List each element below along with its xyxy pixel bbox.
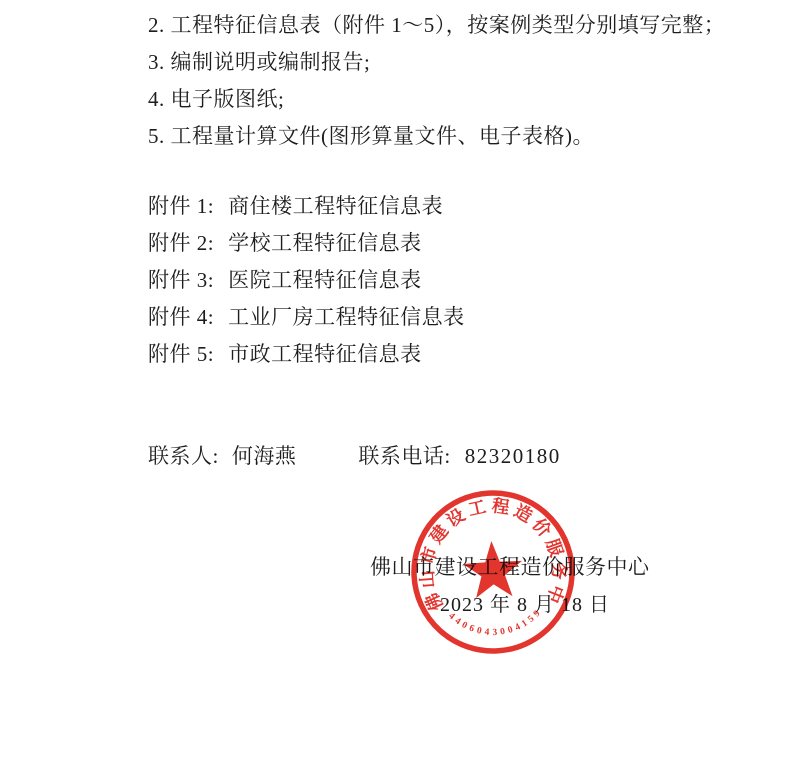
attachment-item: 附件 5:市政工程特征信息表 <box>148 336 465 373</box>
requirement-item: 5. 工程量计算文件(图形算量文件、电子表格)。 <box>148 118 725 155</box>
contact-phone-number: 82320180 <box>465 444 561 468</box>
contact-phone-label: 联系电话: <box>358 444 450 468</box>
requirement-item: 4. 电子版图纸; <box>148 81 725 118</box>
attachment-title: 商住楼工程特征信息表 <box>228 194 443 218</box>
contact-line: 联系人:何海燕联系电话:82320180 <box>148 441 561 471</box>
attachment-item: 附件 4:工业厂房工程特征信息表 <box>148 299 465 336</box>
seal-star-icon <box>462 539 524 598</box>
attachment-label: 附件 1: <box>148 194 214 218</box>
attachment-label: 附件 2: <box>148 231 214 255</box>
attachment-label: 附件 3: <box>148 268 214 292</box>
contact-person-name: 何海燕 <box>232 444 297 468</box>
attachment-title: 工业厂房工程特征信息表 <box>228 305 465 329</box>
attachments-list: 附件 1:商住楼工程特征信息表 附件 2:学校工程特征信息表 附件 3:医院工程… <box>148 188 465 373</box>
official-seal: 佛山市建设工程造价服务中心 4406043004159 <box>393 472 593 672</box>
contact-person-label: 联系人: <box>148 444 219 468</box>
attachment-item: 附件 1:商住楼工程特征信息表 <box>148 188 465 225</box>
attachment-label: 附件 5: <box>148 342 214 366</box>
attachment-title: 市政工程特征信息表 <box>228 342 422 366</box>
svg-text:4406043004159: 4406043004159 <box>446 606 546 640</box>
document-page: 2. 工程特征信息表（附件 1～5），按案例类型分别填写完整； 3. 编制说明或… <box>0 0 800 779</box>
attachment-item: 附件 3:医院工程特征信息表 <box>148 262 465 299</box>
attachment-title: 学校工程特征信息表 <box>228 231 422 255</box>
attachment-item: 附件 2:学校工程特征信息表 <box>148 225 465 262</box>
attachment-label: 附件 4: <box>148 305 214 329</box>
requirement-item: 2. 工程特征信息表（附件 1～5），按案例类型分别填写完整； <box>148 7 725 44</box>
seal-serial-number: 4406043004159 <box>446 606 546 640</box>
requirement-item: 3. 编制说明或编制报告; <box>148 44 725 81</box>
attachment-title: 医院工程特征信息表 <box>228 268 422 292</box>
requirements-list: 2. 工程特征信息表（附件 1～5），按案例类型分别填写完整； 3. 编制说明或… <box>148 7 725 155</box>
